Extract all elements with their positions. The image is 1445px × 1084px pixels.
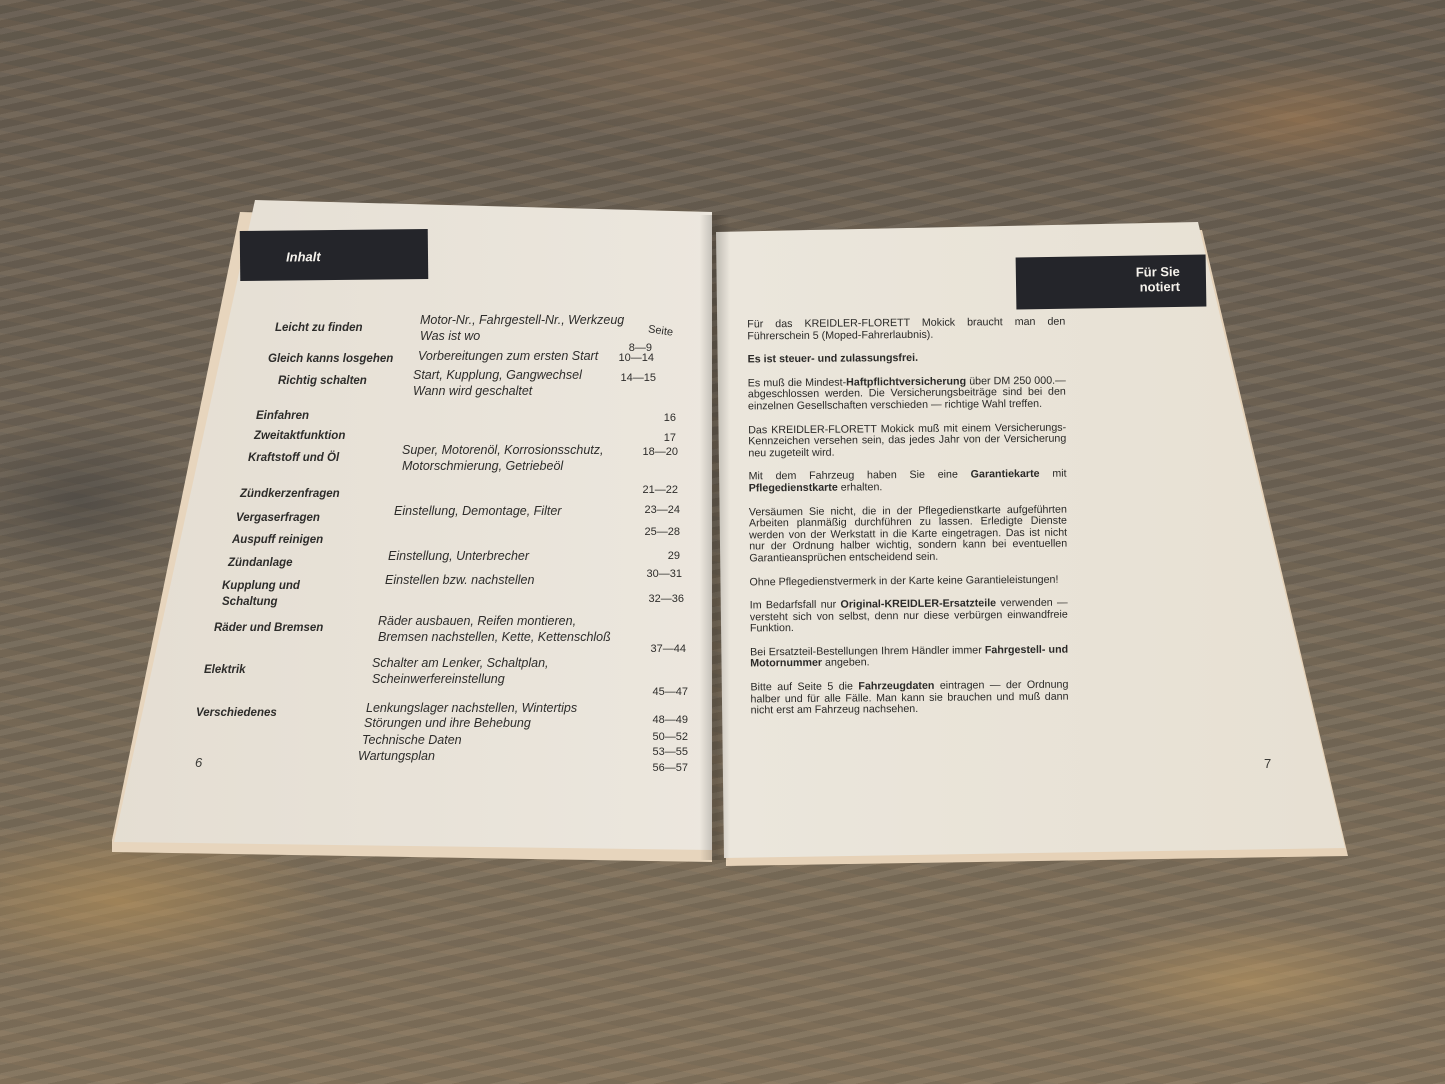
toc-entry-pages: 10—14 xyxy=(594,352,654,364)
toc-entry-title: Vergaserfragen xyxy=(236,510,320,526)
toc-entry-pages: 30—31 xyxy=(622,568,682,580)
toc-entry-pages: 17 xyxy=(616,432,676,444)
notes-paragraph: Bei Ersatzteil-Bestellungen Ihrem Händle… xyxy=(750,644,1068,670)
toc-entry-description: Einstellung, Demontage, Filter xyxy=(394,503,561,519)
toc-entry-description: Vorbereitungen zum ersten Start xyxy=(418,348,598,364)
notes-body: Für das KREIDLER-FLORETT Mokick braucht … xyxy=(747,317,1069,730)
toc-entry-title: Einfahren xyxy=(256,408,309,424)
toc-entry-description: Motor-Nr., Fahrgestell-Nr., Werkzeug Was… xyxy=(420,312,624,344)
toc-entry-title: Zündanlage xyxy=(228,555,293,571)
toc-entry-title: Kraftstoff und Öl xyxy=(248,450,339,466)
toc-entry-description: Super, Motorenöl, Korrosionsschutz, Moto… xyxy=(402,442,604,474)
toc-entry-title: Zweitaktfunktion xyxy=(254,428,345,444)
toc-entry-pages: 53—55 xyxy=(628,746,688,758)
toc-entry-description: Lenkungslager nachstellen, Wintertips xyxy=(366,700,577,716)
toc-entry-description: Störungen und ihre Behebung xyxy=(364,715,531,731)
toc-entry-description: Start, Kupplung, Gangwechsel Wann wird g… xyxy=(413,367,582,399)
toc-entry-pages: 37—44 xyxy=(626,643,686,655)
toc-entry-description: Technische Daten xyxy=(362,732,462,748)
toc-entry-title: Auspuff reinigen xyxy=(232,532,323,548)
toc-entry-description: Wartungsplan xyxy=(358,748,435,764)
notes-paragraph: Versäumen Sie nicht, die in der Pflegedi… xyxy=(749,504,1067,565)
toc-entry-pages: 16 xyxy=(616,412,676,424)
toc-entry-pages: 48—49 xyxy=(628,714,688,726)
toc-entry-title: Zündkerzenfragen xyxy=(240,486,340,502)
toc-entry-description: Räder ausbauen, Reifen montieren, Bremse… xyxy=(378,613,611,645)
toc-entry-description: Einstellen bzw. nachstellen xyxy=(385,572,534,588)
toc-entry-title: Elektrik xyxy=(204,662,246,678)
toc-entry-pages: 32—36 xyxy=(624,593,684,605)
toc-entry-pages: 14—15 xyxy=(596,372,656,384)
notes-paragraph: Das KREIDLER-FLORETT Mokick muß mit eine… xyxy=(748,422,1066,460)
toc-entry-title: Kupplung und Schaltung xyxy=(222,578,300,610)
notes-paragraph: Mit dem Fahrzeug haben Sie eine Garantie… xyxy=(749,469,1067,495)
notes-paragraph: Ohne Pflegedienstvermerk in der Karte ke… xyxy=(749,574,1067,588)
toc-entry-title: Räder und Bremsen xyxy=(214,620,323,636)
notes-header: Für Sie notiert xyxy=(1136,264,1181,295)
toc-entry-description: Einstellung, Unterbrecher xyxy=(388,548,529,564)
page-number-right: 7 xyxy=(1264,756,1271,771)
toc-entry-pages: 50—52 xyxy=(628,731,688,743)
toc-entry-pages: 18—20 xyxy=(618,446,678,458)
notes-paragraph: Es muß die Mindest-Haftpflichtversicheru… xyxy=(748,375,1066,413)
toc-entry-title: Gleich kanns losgehen xyxy=(268,351,393,367)
contents-header: Inhalt xyxy=(286,249,321,264)
toc-entry-title: Richtig schalten xyxy=(278,373,367,389)
contents-header-box: Inhalt xyxy=(240,229,429,281)
notes-paragraph: Im Bedarfsfall nur Original-KREIDLER-Ers… xyxy=(750,598,1068,636)
toc-entry-description: Schalter am Lenker, Schaltplan, Scheinwe… xyxy=(372,655,549,687)
booklet-spine xyxy=(700,215,730,860)
toc-entry-pages: 56—57 xyxy=(628,762,688,774)
toc-entry-pages: 25—28 xyxy=(620,526,680,538)
toc-entry-pages: 21—22 xyxy=(618,484,678,496)
page-number-left: 6 xyxy=(195,755,202,770)
notes-paragraph: Bitte auf Seite 5 die Fahrzeugdaten eint… xyxy=(750,680,1068,718)
toc-entry-pages: 23—24 xyxy=(620,504,680,516)
notes-header-box: Für Sie notiert xyxy=(1016,255,1207,310)
notes-paragraph: Für das KREIDLER-FLORETT Mokick braucht … xyxy=(747,317,1065,343)
toc-entry-title: Verschiedenes xyxy=(196,705,277,721)
toc-entry-pages: 45—47 xyxy=(628,686,688,698)
notes-paragraph: Es ist steuer- und zulassungsfrei. xyxy=(748,352,1066,366)
toc-entry-pages: 29 xyxy=(620,550,680,562)
toc-entry-title: Leicht zu finden xyxy=(275,320,363,336)
